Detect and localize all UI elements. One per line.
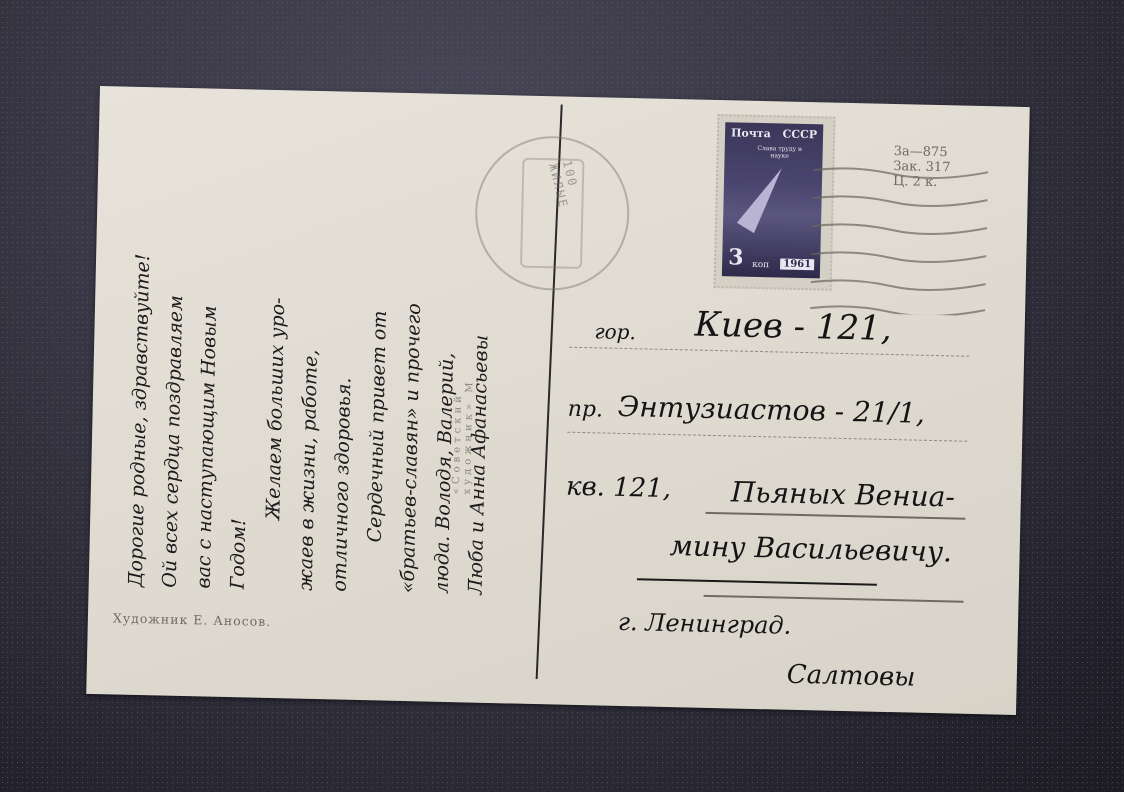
publisher-imprint: «Советский художник» М [451, 294, 478, 494]
print-code-line: Зак. 317 [893, 159, 950, 175]
address-line-4 [704, 595, 964, 603]
postage-stamp: Почта СССР Слава труду и науке 3 коп 196… [722, 122, 823, 278]
rocket-icon [737, 163, 790, 233]
postcard: Дорогие родные, здравствуйте! Ой всех се… [86, 86, 1030, 715]
address-apartment: кв. 121, [566, 472, 672, 504]
recipient-name-line-1: Пьяных Вениа- [731, 475, 956, 513]
stamp-post-label: Почта [731, 126, 771, 140]
recipient-name-line-2: мину Васильевичу. [669, 529, 952, 568]
sender-city: г. Ленинград. [618, 608, 792, 640]
address-line-2 [567, 432, 967, 442]
address-street: Энтузиастов - 21/1, [617, 390, 925, 430]
stamp-value: 3 [728, 244, 744, 270]
address-line-3 [705, 512, 965, 520]
print-code-line: 3а—875 [894, 144, 951, 160]
address-city-prefix: гор. [594, 319, 636, 344]
sender-name: Салтовы [786, 660, 915, 693]
address-underline [637, 578, 877, 585]
stamp-slogan: Слава труду и науке [755, 145, 805, 160]
stamp-year: 1961 [780, 258, 814, 270]
address-line-1 [569, 347, 969, 357]
handwritten-message: Дорогие родные, здравствуйте! Ой всех се… [119, 87, 504, 595]
stamp-currency: коп [752, 260, 769, 270]
stamp-header: Почта СССР [731, 126, 817, 141]
print-order-code: 3а—875 Зак. 317 Ц. 2 к. [893, 144, 951, 190]
print-code-line: Ц. 2 к. [893, 174, 950, 190]
artist-credit: Художник Е. Аносов. [113, 610, 272, 629]
address-street-prefix: пр. [568, 397, 604, 423]
stamp-country-label: СССР [782, 127, 817, 141]
address-city: Киев - 121, [694, 305, 892, 349]
